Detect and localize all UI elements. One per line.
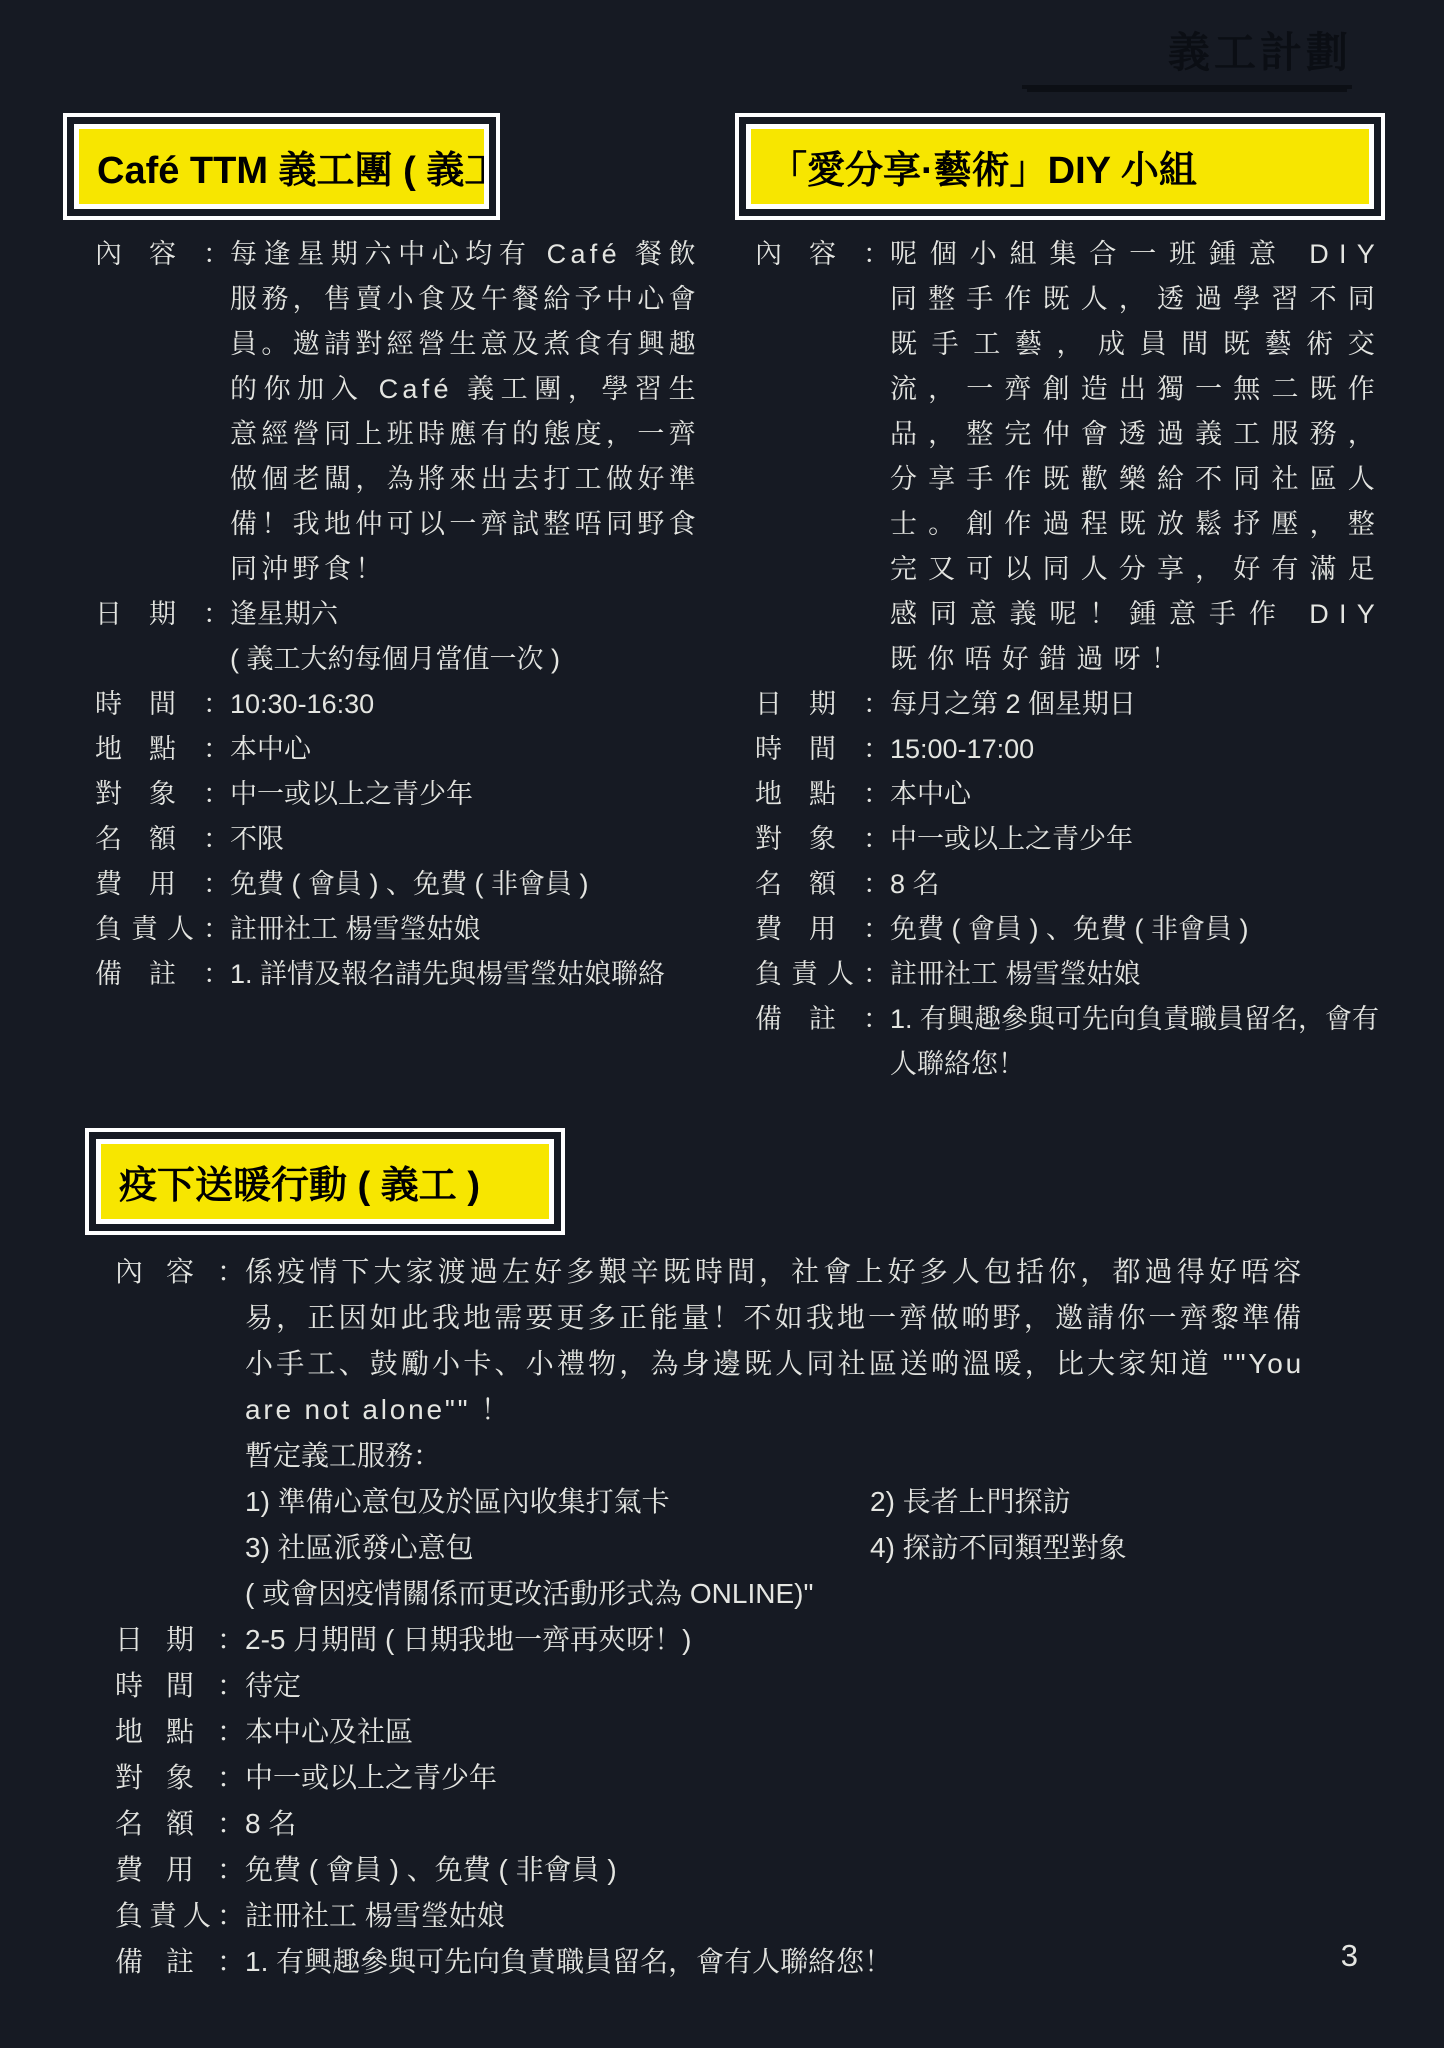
row-label: 費用： [755, 907, 890, 952]
row-value: 每逢星期六中心均有 Café 餐飲服務，售賣小食及午餐給予中心會員。邀請對經營生… [230, 232, 700, 592]
services-heading: 暫定義工服務： [245, 1433, 1304, 1479]
row-label: 負責人： [95, 907, 230, 952]
page-number: 3 [1341, 1938, 1358, 1974]
services-list: 1) 準備心意包及於區內收集打氣卡 2) 長者上門探訪 3) 社區派發心意包 4… [245, 1479, 1304, 1571]
row-quota: 名額： 8 名 [0, 1801, 1444, 1847]
section-title-warm-action: 疫下送暖行動 ( 義工 ) [96, 1139, 554, 1224]
row-value: 免費 ( 會員 ) 、免費 ( 非會員 ) [230, 862, 700, 907]
row-value: 註冊社工 楊雪瑩姑娘 [230, 907, 700, 952]
row-value: 註冊社工 楊雪瑩姑娘 [890, 952, 1385, 997]
row-label: 名額： [115, 1801, 245, 1847]
row-value: 10:30-16:30 [230, 682, 700, 727]
row-leader: 負責人： 註冊社工 楊雪瑩姑娘 [63, 907, 700, 952]
row-label: 地點： [755, 772, 890, 817]
row-remarks: 備註： 1. 詳情及報名請先與楊雪瑩姑娘聯絡 [63, 952, 700, 997]
section-warm-action: 疫下送暖行動 ( 義工 ) 內容： 係疫情下大家渡過左好多艱辛既時間，社會上好多… [0, 1128, 1444, 1985]
row-value: 1. 有興趣參與可先向負責職員留名，會有人聯絡您！ [245, 1939, 1304, 1985]
row-label: 費用： [115, 1847, 245, 1893]
row-content: 內容： 係疫情下大家渡過左好多艱辛既時間，社會上好多人包括你，都過得好唔容易，正… [0, 1249, 1444, 1617]
row-remarks: 備註： 1. 有興趣參與可先向負責職員留名，會有人聯絡您！ [735, 997, 1385, 1087]
service-item: 4) 探訪不同類型對象 [870, 1525, 1304, 1571]
row-value: 中一或以上之青少年 [245, 1755, 1304, 1801]
row-label: 地點： [115, 1709, 245, 1755]
row-quota: 名額： 8 名 [735, 862, 1385, 907]
section-rows-cafe-ttm: 內容： 每逢星期六中心均有 Café 餐飲服務，售賣小食及午餐給予中心會員。邀請… [63, 232, 700, 997]
row-value: 2-5 月期間 ( 日期我地一齊再夾呀！) [245, 1617, 1304, 1663]
row-fee: 費用： 免費 ( 會員 ) 、免費 ( 非會員 ) [63, 862, 700, 907]
row-value: 8 名 [890, 862, 1385, 907]
section-header-warm-action: 疫下送暖行動 ( 義工 ) [85, 1128, 565, 1235]
row-target: 對象： 中一或以上之青少年 [63, 772, 700, 817]
section-header-diy-group: 「愛分享·藝術」DIY 小組 [735, 113, 1385, 220]
row-value: 本中心及社區 [245, 1709, 1304, 1755]
row-value: 8 名 [245, 1801, 1304, 1847]
row-label: 時間： [755, 727, 890, 772]
row-label: 備註： [95, 952, 230, 997]
row-content: 內容： 呢個小組集合一班鍾意 DIY 同整手作既人，透過學習不同既手工藝，成員間… [735, 232, 1385, 682]
row-leader: 負責人： 註冊社工 楊雪瑩姑娘 [735, 952, 1385, 997]
row-fee: 費用： 免費 ( 會員 ) 、免費 ( 非會員 ) [735, 907, 1385, 952]
row-value: 註冊社工 楊雪瑩姑娘 [245, 1893, 1304, 1939]
row-time: 時間： 15:00-17:00 [735, 727, 1385, 772]
row-label: 對象： [95, 772, 230, 817]
row-value: 本中心 [890, 772, 1385, 817]
row-label: 負責人： [755, 952, 890, 997]
row-label: 日期： [755, 682, 890, 727]
row-value: 不限 [230, 817, 700, 862]
row-label: 備註： [115, 1939, 245, 1985]
row-value: 呢個小組集合一班鍾意 DIY 同整手作既人，透過學習不同既手工藝，成員間既藝術交… [890, 232, 1385, 682]
section-rows-warm-action: 內容： 係疫情下大家渡過左好多艱辛既時間，社會上好多人包括你，都過得好唔容易，正… [0, 1249, 1444, 1985]
row-venue: 地點： 本中心 [63, 727, 700, 772]
row-date: 日期： 每月之第 2 個星期日 [735, 682, 1385, 727]
row-label: 名額： [95, 817, 230, 862]
row-value: 逢星期六 ( 義工大約每個月當值一次 ) [230, 592, 700, 682]
section-rows-diy-group: 內容： 呢個小組集合一班鍾意 DIY 同整手作既人，透過學習不同既手工藝，成員間… [735, 232, 1385, 1087]
date-note: ( 義工大約每個月當值一次 ) [230, 637, 700, 682]
row-label: 時間： [115, 1663, 245, 1709]
row-fee: 費用： 免費 ( 會員 ) 、免費 ( 非會員 ) [0, 1847, 1444, 1893]
row-label: 日期： [95, 592, 230, 682]
row-value: 每月之第 2 個星期日 [890, 682, 1385, 727]
row-target: 對象： 中一或以上之青少年 [0, 1755, 1444, 1801]
row-label: 內容： [95, 232, 230, 592]
row-label: 內容： [755, 232, 890, 682]
row-label: 日期： [115, 1617, 245, 1663]
row-leader: 負責人： 註冊社工 楊雪瑩姑娘 [0, 1893, 1444, 1939]
row-value: 係疫情下大家渡過左好多艱辛既時間，社會上好多人包括你，都過得好唔容易，正因如此我… [245, 1249, 1304, 1617]
row-value: 待定 [245, 1663, 1304, 1709]
section-title-diy-group: 「愛分享·藝術」DIY 小組 [746, 124, 1374, 209]
row-date: 日期： 逢星期六 ( 義工大約每個月當值一次 ) [63, 592, 700, 682]
row-label: 時間： [95, 682, 230, 727]
row-value: 1. 有興趣參與可先向負責職員留名，會有人聯絡您！ [890, 997, 1385, 1087]
date-value: 逢星期六 [230, 592, 700, 637]
row-value: 中一或以上之青少年 [890, 817, 1385, 862]
document-page: 義工計劃 Café TTM 義工團 ( 義工 ) 內容： 每逢星期六中心均有 C… [0, 0, 1444, 2048]
row-target: 對象： 中一或以上之青少年 [735, 817, 1385, 862]
row-time: 時間： 10:30-16:30 [63, 682, 700, 727]
section-diy-group: 「愛分享·藝術」DIY 小組 內容： 呢個小組集合一班鍾意 DIY 同整手作既人… [735, 113, 1385, 1087]
row-label: 費用： [95, 862, 230, 907]
row-label: 內容： [115, 1249, 245, 1617]
row-value: 免費 ( 會員 ) 、免費 ( 非會員 ) [245, 1847, 1304, 1893]
top-columns: Café TTM 義工團 ( 義工 ) 內容： 每逢星期六中心均有 Café 餐… [63, 113, 1385, 1087]
row-remarks: 備註： 1. 有興趣參與可先向負責職員留名，會有人聯絡您！ [0, 1939, 1444, 1985]
row-value: 中一或以上之青少年 [230, 772, 700, 817]
section-cafe-ttm: Café TTM 義工團 ( 義工 ) 內容： 每逢星期六中心均有 Café 餐… [63, 113, 700, 1087]
row-label: 對象： [755, 817, 890, 862]
row-label: 負責人： [115, 1893, 245, 1939]
row-venue: 地點： 本中心 [735, 772, 1385, 817]
row-content: 內容： 每逢星期六中心均有 Café 餐飲服務，售賣小食及午餐給予中心會員。邀請… [63, 232, 700, 592]
row-label: 地點： [95, 727, 230, 772]
row-time: 時間： 待定 [0, 1663, 1444, 1709]
row-quota: 名額： 不限 [63, 817, 700, 862]
content-paragraph: 係疫情下大家渡過左好多艱辛既時間，社會上好多人包括你，都過得好唔容易，正因如此我… [245, 1249, 1304, 1433]
row-value: 免費 ( 會員 ) 、免費 ( 非會員 ) [890, 907, 1385, 952]
row-date: 日期： 2-5 月期間 ( 日期我地一齊再夾呀！) [0, 1617, 1444, 1663]
row-value: 1. 詳情及報名請先與楊雪瑩姑娘聯絡 [230, 952, 700, 997]
service-item: 1) 準備心意包及於區內收集打氣卡 [245, 1479, 870, 1525]
row-venue: 地點： 本中心及社區 [0, 1709, 1444, 1755]
section-header-cafe-ttm: Café TTM 義工團 ( 義工 ) [63, 113, 500, 220]
row-label: 備註： [755, 997, 890, 1087]
service-item: 2) 長者上門探訪 [870, 1479, 1304, 1525]
row-value: 15:00-17:00 [890, 727, 1385, 772]
page-title: 義工計劃 [1022, 20, 1352, 89]
row-label: 對象： [115, 1755, 245, 1801]
section-title-cafe-ttm: Café TTM 義工團 ( 義工 ) [74, 124, 489, 209]
content-note: ( 或會因疫情關係而更改活動形式為 ONLINE)" [245, 1571, 1304, 1617]
row-value: 本中心 [230, 727, 700, 772]
row-label: 名額： [755, 862, 890, 907]
service-item: 3) 社區派發心意包 [245, 1525, 870, 1571]
